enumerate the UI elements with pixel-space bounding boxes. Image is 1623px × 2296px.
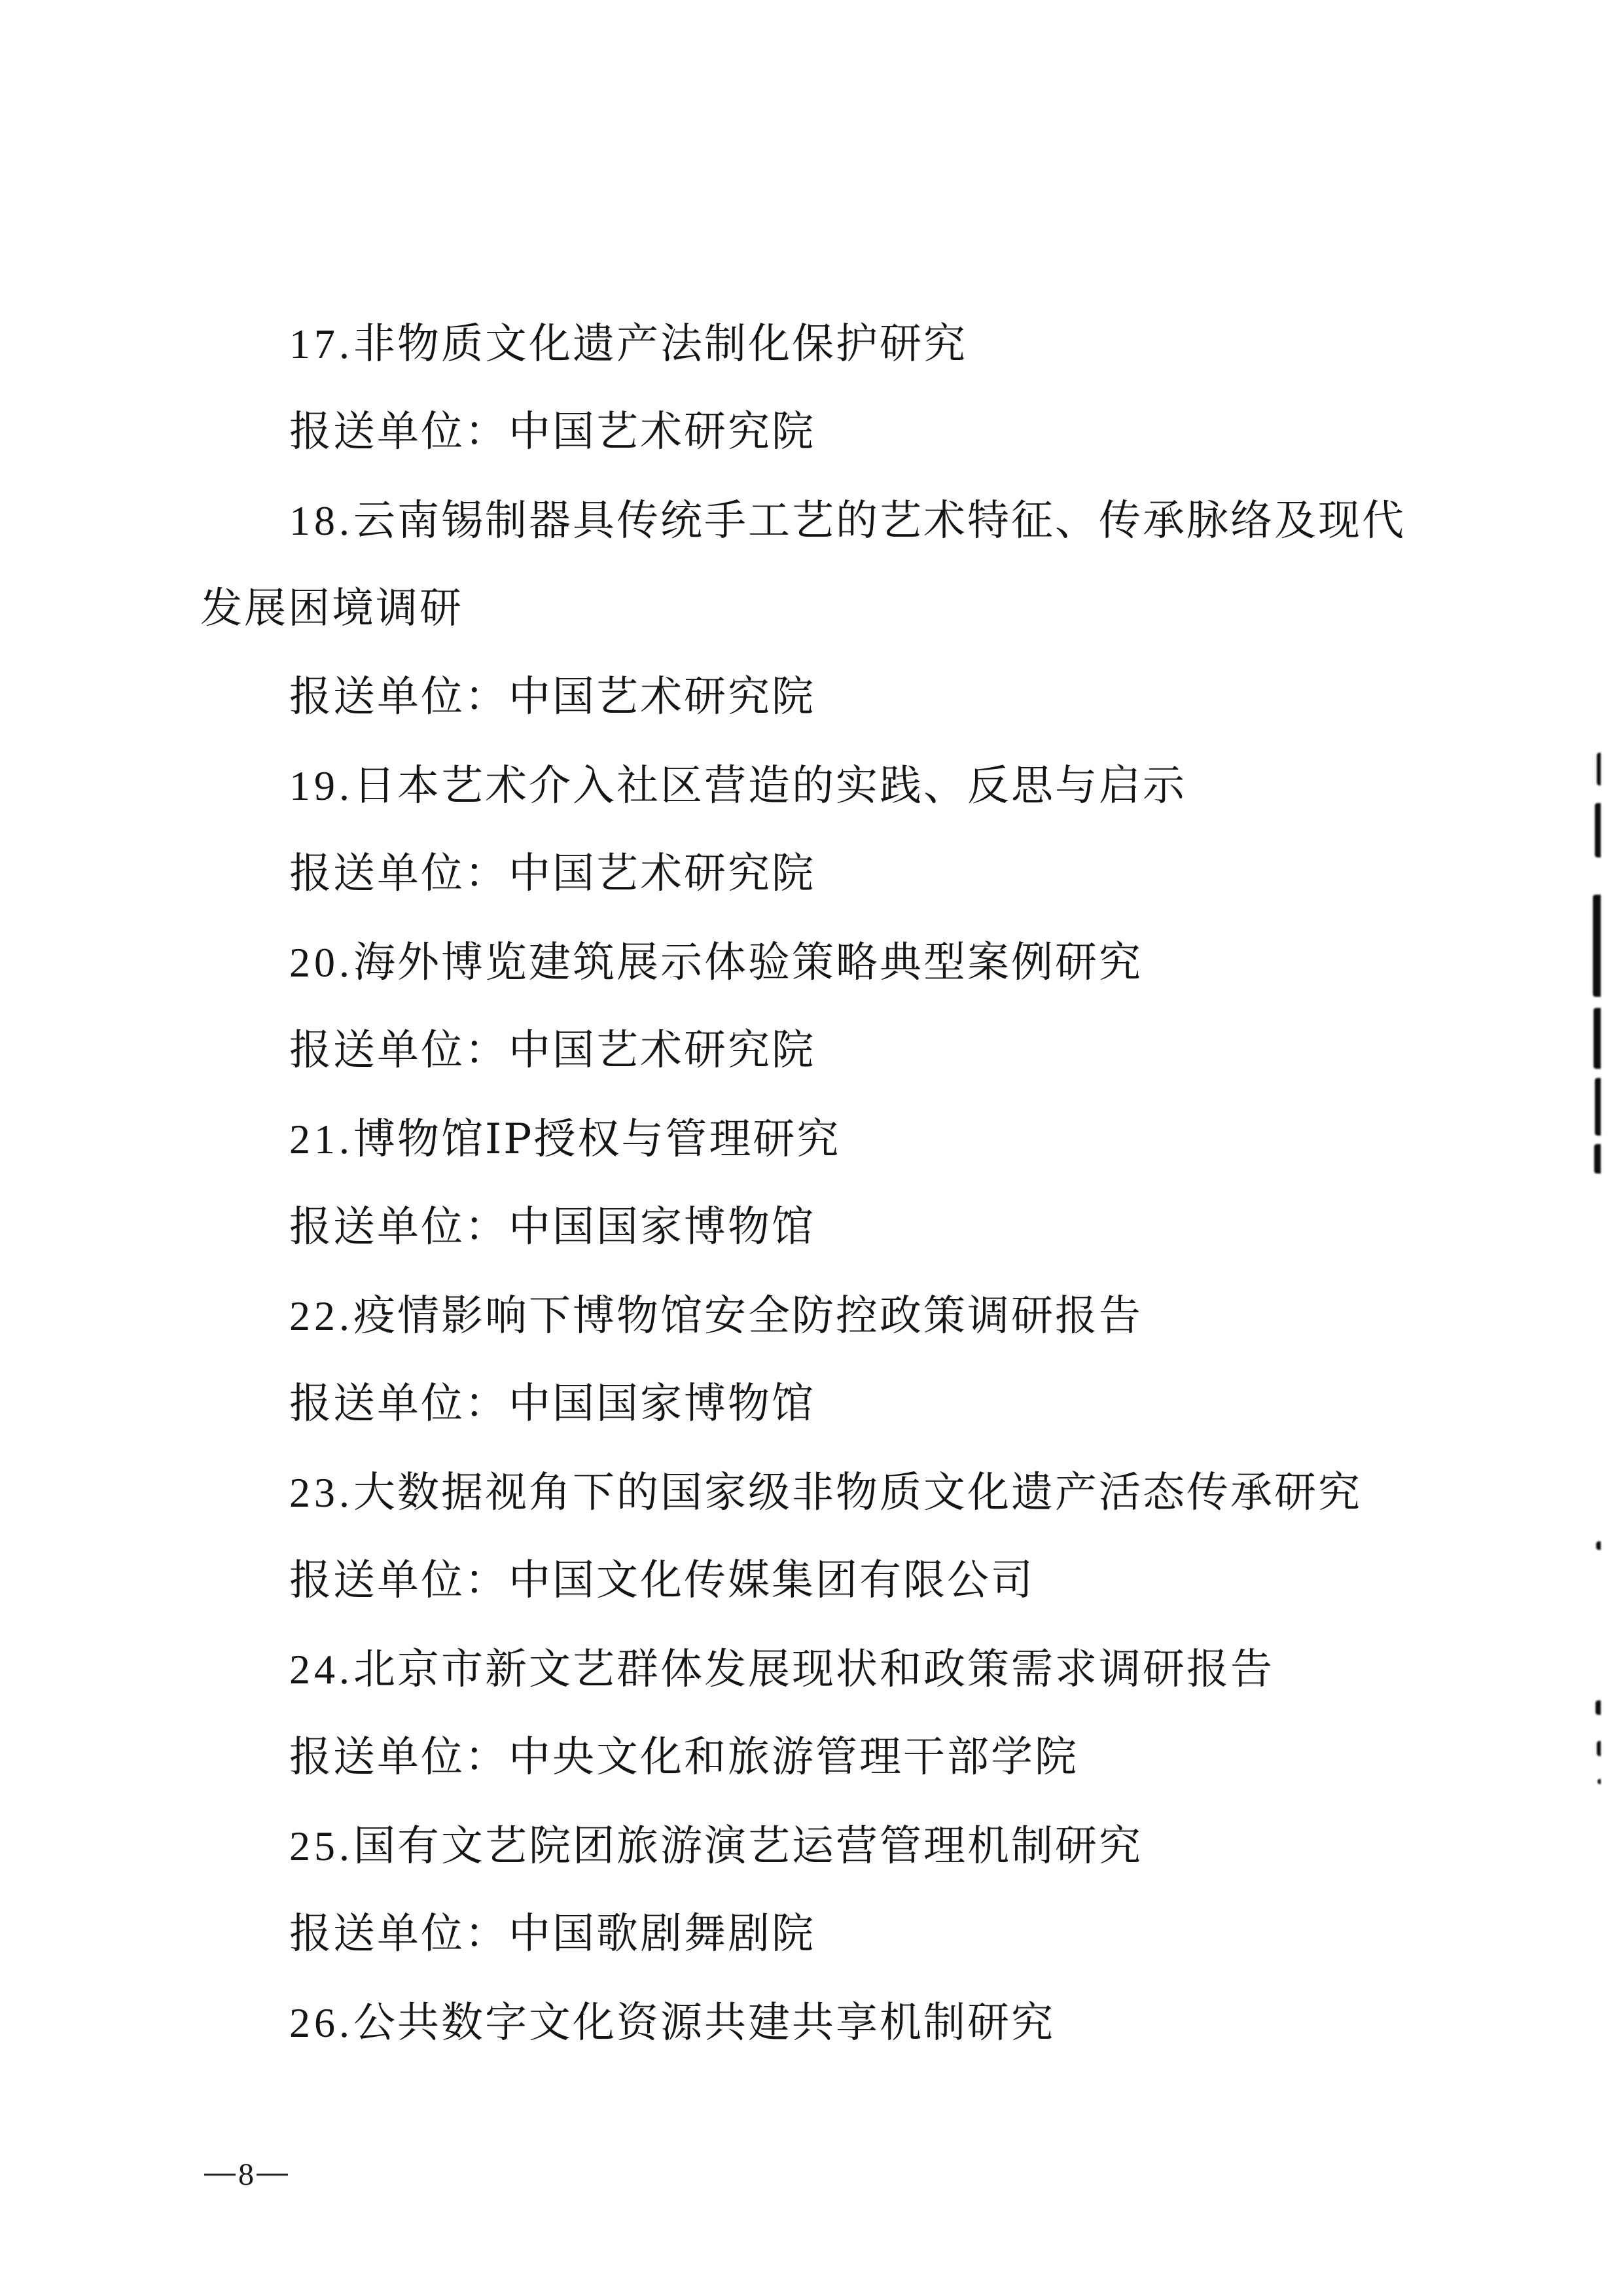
entry-20-unit: 报送单位：中国艺术研究院 <box>200 1007 1470 1095</box>
entry-number: 22. <box>289 1293 353 1339</box>
entry-title: 公共数字文化资源共建共享机制研究 <box>353 1999 1055 2047</box>
entry-17-unit: 报送单位：中国艺术研究院 <box>200 388 1470 476</box>
unit-label: 报送单位： <box>289 1556 508 1605</box>
page-number: 8 <box>204 2155 288 2194</box>
entry-20-title: 20.海外博览建筑展示体验策略典型案例研究 <box>200 918 1470 1007</box>
unit-label: 报送单位： <box>289 1203 508 1251</box>
entry-title: 国有文艺院团旅游演艺运营管理机制研究 <box>353 1822 1143 1871</box>
entry-title: 疫情影响下博物馆安全防控政策调研报告 <box>353 1292 1143 1340</box>
entry-21-title: 21.博物馆IP授权与管理研究 <box>200 1095 1470 1183</box>
entry-number: 20. <box>289 939 353 986</box>
entry-18-unit: 报送单位：中国艺术研究院 <box>200 653 1470 742</box>
entry-24-title: 24.北京市新文艺群体发展现状和政策需求调研报告 <box>200 1625 1470 1713</box>
scan-edge-mark <box>1595 1078 1601 1136</box>
entry-title: 非物质文化遗产法制化保护研究 <box>353 320 967 368</box>
entry-number: 18. <box>289 497 353 544</box>
entry-18-title-continued: 发展困境调研 <box>200 565 1470 653</box>
entry-title: 云南锡制器具传统手工艺的艺术特征、传承脉络及现代 <box>353 497 1406 545</box>
entry-26-title: 26.公共数字文化资源共建共享机制研究 <box>200 1979 1470 2067</box>
unit-name: 中国艺术研究院 <box>508 1026 815 1075</box>
unit-label: 报送单位： <box>289 1733 508 1782</box>
scan-edge-mark <box>1597 1741 1601 1756</box>
scan-edge-mark <box>1596 1541 1601 1550</box>
unit-label: 报送单位： <box>289 1380 508 1428</box>
page-number-value: 8 <box>238 2157 254 2193</box>
entry-number: 23. <box>289 1469 353 1516</box>
unit-name: 中国歌剧舞剧院 <box>508 1910 815 1958</box>
unit-name: 中国艺术研究院 <box>508 850 815 898</box>
entry-number: 24. <box>289 1646 353 1693</box>
scan-edge-mark <box>1594 1144 1601 1174</box>
unit-name: 中国文化传媒集团有限公司 <box>508 1556 1035 1605</box>
scan-edge-mark <box>1597 1779 1601 1784</box>
entry-number: 21. <box>289 1116 353 1162</box>
entry-25-unit: 报送单位：中国歌剧舞剧院 <box>200 1890 1470 1979</box>
entry-19-title: 19.日本艺术介入社区营造的实践、反思与启示 <box>200 742 1470 830</box>
entry-title-continued: 发展困境调研 <box>200 584 463 633</box>
unit-label: 报送单位： <box>289 850 508 898</box>
entry-title: 博物馆IP授权与管理研究 <box>353 1115 840 1164</box>
unit-name: 中国国家博物馆 <box>508 1203 815 1251</box>
unit-label: 报送单位： <box>289 1026 508 1075</box>
entry-title: 大数据视角下的国家级非物质文化遗产活态传承研究 <box>353 1469 1362 1517</box>
entry-23-title: 23.大数据视角下的国家级非物质文化遗产活态传承研究 <box>200 1448 1470 1537</box>
unit-name: 中国艺术研究院 <box>508 408 815 456</box>
entry-22-title: 22.疫情影响下博物馆安全防控政策调研报告 <box>200 1272 1470 1360</box>
entry-23-unit: 报送单位：中国文化传媒集团有限公司 <box>200 1537 1470 1625</box>
unit-name: 中央文化和旅游管理干部学院 <box>508 1733 1079 1782</box>
entry-number: 26. <box>289 2000 353 2046</box>
entry-title: 北京市新文艺群体发展现状和政策需求调研报告 <box>353 1645 1274 1694</box>
entry-19-unit: 报送单位：中国艺术研究院 <box>200 830 1470 918</box>
project-list: 17.非物质文化遗产法制化保护研究 报送单位：中国艺术研究院 18.云南锡制器具… <box>200 300 1470 2067</box>
scan-edge-mark <box>1593 895 1601 997</box>
scan-edge-mark <box>1594 1008 1601 1069</box>
entry-22-unit: 报送单位：中国国家博物馆 <box>200 1360 1470 1448</box>
entry-18-title: 18.云南锡制器具传统手工艺的艺术特征、传承脉络及现代 <box>200 476 1470 565</box>
unit-label: 报送单位： <box>289 1910 508 1958</box>
page-number-dash-right <box>257 2174 288 2176</box>
document-page: 17.非物质文化遗产法制化保护研究 报送单位：中国艺术研究院 18.云南锡制器具… <box>0 0 1623 2296</box>
page-number-dash-left <box>204 2174 236 2176</box>
entry-title: 海外博览建筑展示体验策略典型案例研究 <box>353 939 1143 987</box>
entry-21-unit: 报送单位：中国国家博物馆 <box>200 1183 1470 1272</box>
unit-name: 中国国家博物馆 <box>508 1380 815 1428</box>
unit-label: 报送单位： <box>289 673 508 721</box>
entry-number: 19. <box>289 762 353 809</box>
entry-number: 17. <box>289 321 353 367</box>
entry-17-title: 17.非物质文化遗产法制化保护研究 <box>200 300 1470 388</box>
entry-number: 25. <box>289 1823 353 1869</box>
unit-label: 报送单位： <box>289 408 508 456</box>
entry-25-title: 25.国有文艺院团旅游演艺运营管理机制研究 <box>200 1802 1470 1890</box>
entry-24-unit: 报送单位：中央文化和旅游管理干部学院 <box>200 1713 1470 1802</box>
entry-title: 日本艺术介入社区营造的实践、反思与启示 <box>353 762 1186 810</box>
scan-edge-mark <box>1597 753 1601 785</box>
scan-edge-mark <box>1596 1700 1601 1715</box>
unit-name: 中国艺术研究院 <box>508 673 815 721</box>
scan-edge-mark <box>1595 803 1601 857</box>
